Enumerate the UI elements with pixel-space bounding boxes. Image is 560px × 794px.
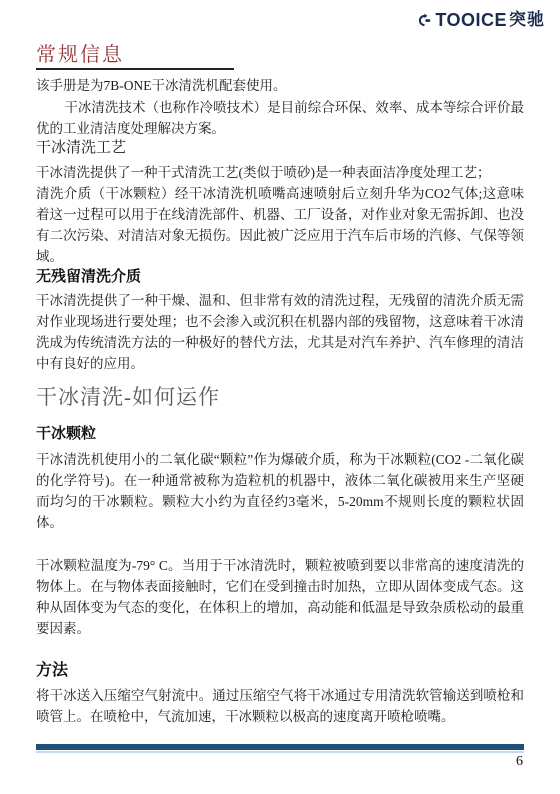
overview-paragraph: 干冰清洗技术（也称作冷喷技术）是目前综合环保、效率、成本等综合评价最优的工业清洁… bbox=[36, 97, 524, 139]
no-residue-paragraph: 干冰清洗提供了一种干燥、温和、但非常有效的清洗过程，无残留的清洗介质无需对作业现… bbox=[36, 290, 524, 374]
method-heading: 方法 bbox=[36, 661, 524, 681]
footer-divider-bar bbox=[36, 744, 524, 750]
pellets-paragraph-1: 干冰清洗机使用小的二氧化碳“颗粒”作为爆破介质，称为干冰颗粒(CO2 -二氧化碳… bbox=[36, 449, 524, 533]
pellets-heading: 干冰颗粒 bbox=[36, 424, 524, 444]
process-paragraph-1: 干冰清洗提供了一种干式清洗工艺(类似于喷砂)是一种表面洁净度处理工艺； bbox=[36, 162, 524, 183]
pellets-paragraph-2: 干冰颗粒温度为-79° C。当用于干冰清洗时，颗粒被喷到要以非常高的速度清洗的物… bbox=[36, 555, 524, 639]
intro-paragraph: 该手册是为7B-ONE干冰清洗机配套使用。 bbox=[36, 75, 524, 96]
how-it-works-heading: 干冰清洗-如何运作 bbox=[36, 384, 524, 410]
manual-page: TOOICE 突驰 常规信息 该手册是为7B-ONE干冰清洗机配套使用。 干冰清… bbox=[0, 0, 560, 794]
swirl-arrow-icon bbox=[417, 13, 432, 28]
footer-divider-accent bbox=[36, 751, 524, 753]
brand-name-cn: 突驰 bbox=[509, 11, 545, 29]
no-residue-heading: 无残留清洗介质 bbox=[36, 267, 524, 287]
brand-logo: TOOICE 突驰 bbox=[417, 11, 545, 29]
page-number: 6 bbox=[516, 753, 523, 771]
page-title: 常规信息 bbox=[36, 44, 234, 70]
process-heading: 干冰清洗工艺 bbox=[36, 139, 524, 158]
method-paragraph: 将干冰送入压缩空气射流中。通过压缩空气将干冰通过专用清洗软管输送到喷枪和喷管上。… bbox=[36, 685, 524, 727]
brand-name-en: TOOICE bbox=[435, 11, 507, 29]
process-paragraph-2: 清洗介质（干冰颗粒）经干冰清洗机喷嘴高速喷射后立刻升华为CO2气体;这意味着这一… bbox=[36, 183, 524, 267]
document-body: 常规信息 该手册是为7B-ONE干冰清洗机配套使用。 干冰清洗技术（也称作冷喷技… bbox=[36, 44, 524, 727]
